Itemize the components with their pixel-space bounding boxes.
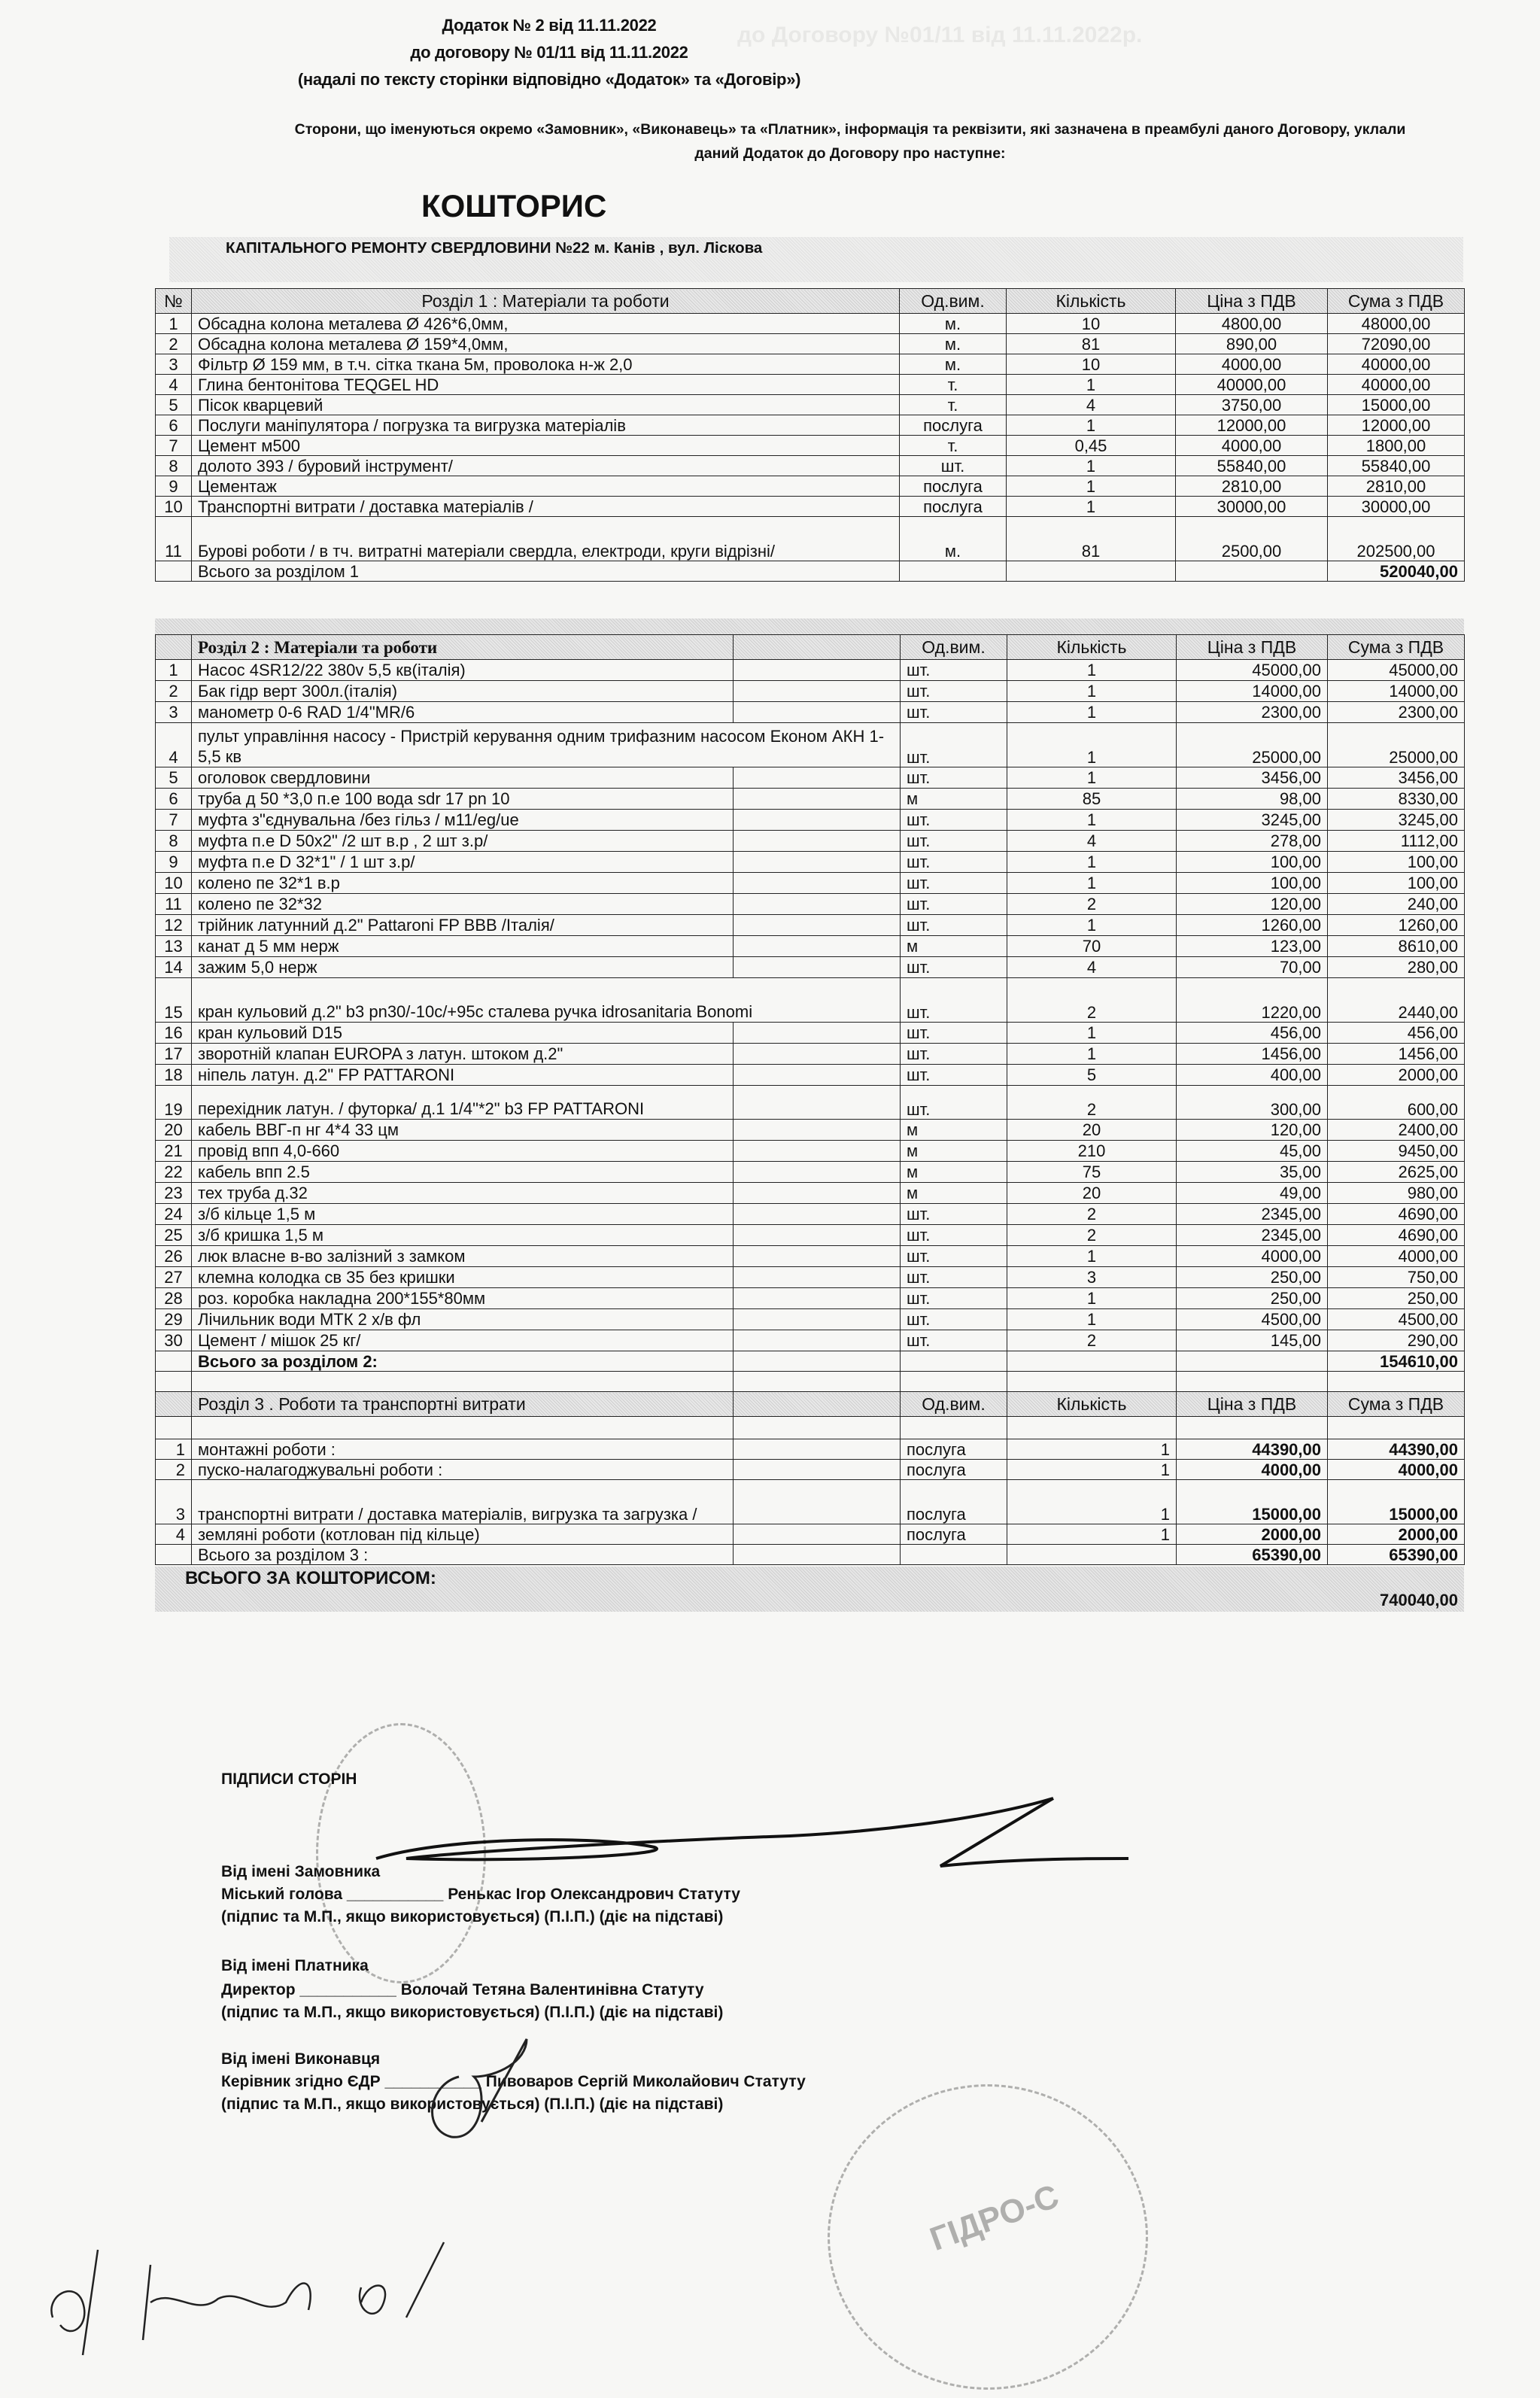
- handwritten-note-icon: [51, 2242, 444, 2355]
- handwritten-signatures: [0, 0, 1540, 2398]
- customer-signature-icon: [376, 1798, 1128, 1866]
- contractor-signature-icon: [433, 2039, 527, 2137]
